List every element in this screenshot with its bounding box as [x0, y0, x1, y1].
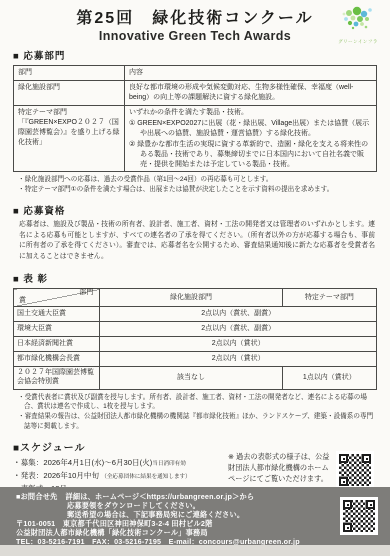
- contact-line1: 詳細は、ホームページ＜https://urbangreen.or.jp＞から: [65, 492, 254, 501]
- contact-address: 〒101-0051 東京都千代田区神田神保町3-2-4 田村ビル2階: [16, 519, 340, 528]
- dept-name-cell: 特定テーマ部門 「『GREEN×EXPO２０２７（国際園芸博覧会）』を盛り上げる…: [14, 105, 125, 172]
- dept-content-cell: 良好な都市環境の形成や気候変動対応、生物多様性確保、幸福度（well-being…: [125, 80, 377, 105]
- dept-condition-1: ① GREEN×EXPO2027に出展（花・緑出展、Village出展）または協…: [129, 119, 372, 139]
- contact-footer: ■お問合せ先詳細は、ホームページ＜https://urbangreen.or.j…: [0, 487, 390, 545]
- departments-header-row: 部門 内容: [14, 66, 377, 81]
- departments-notes: ・緑化施設部門への応募は、過去の受賞作品（第1回～24回）の再応募も可とします。…: [0, 175, 390, 195]
- award-name-cell: 環境大臣賞: [14, 322, 100, 337]
- dept-name-line1: 特定テーマ部門: [18, 108, 120, 118]
- header: 第25回 緑化技術コンクール Innovative Green Tech Awa…: [0, 0, 390, 43]
- award-value-cell: 2点以内（賞状、副賞）: [100, 307, 377, 322]
- document-page: 第25回 緑化技術コンクール Innovative Green Tech Awa…: [0, 0, 390, 556]
- awards-row: 都市緑化機構会長賞 2点以内（賞状）: [14, 352, 377, 367]
- schedule-item-text: ・募集：2026年4月1日(水)～6月30日(火): [13, 458, 152, 467]
- qr-modules: [339, 454, 371, 486]
- eligibility-paragraph: 応募者は、施設及び製品・技術の所有者、設計者、施工者、資材・工法の開発者又は管理…: [19, 220, 375, 262]
- award-value-cell: 2点以内（賞状、副賞）: [100, 322, 377, 337]
- award-name-cell: ２０２７年国際園芸博覧会協会特別賞: [14, 367, 100, 390]
- award-value-cell: 2点以内（賞状）: [100, 352, 377, 367]
- schedule-item: ・発表：2026年10月中旬 （全応募団体に結果を通知します）: [13, 470, 228, 483]
- awards-row: 国土交通大臣賞 2点以内（賞状、副賞）: [14, 307, 377, 322]
- contact-heading: ■お問合せ先: [16, 492, 57, 501]
- qr-finder-icon: [366, 500, 375, 509]
- schedule-item: ・募集：2026年4月1日(水)～6月30日(火)当日消印有効: [13, 457, 228, 470]
- logo-caption: グリーンインフラ: [335, 39, 381, 45]
- awards-col1-header: 緑化施設部門: [100, 289, 282, 307]
- contact-org: 公益財団法人都市緑化機構「緑化技術コンクール」事務局: [16, 528, 340, 537]
- greeninfra-logo-icon: グリーンインフラ: [335, 2, 381, 44]
- note-line: ・受賞代表者に賞状及び副賞を授与します。所有者、設計者、施工者、資材・工法の開発…: [24, 393, 376, 413]
- section-heading-departments: ■ 応募部門: [13, 48, 390, 62]
- awards-row: ２０２７年国際園芸博覧会協会特別賞 該当なし 1点以内（賞状）: [14, 367, 377, 390]
- section-heading-schedule: ■スケジュール: [13, 439, 228, 454]
- qr-finder-icon: [339, 477, 348, 486]
- contact-text: ■お問合せ先詳細は、ホームページ＜https://urbangreen.or.j…: [16, 492, 340, 546]
- schedule-qr-code-icon: [336, 451, 374, 489]
- award-name-cell: 都市緑化機構会長賞: [14, 352, 100, 367]
- dept-condition-2: ② 緑豊かな都市生活の実現に資する革新的で、造園・緑化を支える将来性のある製品・…: [129, 140, 372, 170]
- page-subtitle: Innovative Green Tech Awards: [0, 29, 390, 43]
- note-line: ・特定テーマ部門①の条件を満たす場合は、出展または協賛が決定したことを示す資料の…: [24, 185, 376, 195]
- contact-qr-code-icon: [340, 497, 378, 535]
- awards-notes: ・受賞代表者に賞状及び副賞を授与します。所有者、設計者、施工者、資材・工法の開発…: [0, 393, 390, 433]
- dept-name-cell: 緑化施設部門: [14, 80, 125, 105]
- corner-row-label: 賞: [19, 297, 26, 306]
- qr-finder-icon: [343, 500, 352, 509]
- page-title: 第25回 緑化技術コンクール: [0, 5, 390, 28]
- awards-row: 日本経済新聞社賞 2点以内（賞状）: [14, 337, 377, 352]
- dept-name-line2: 「『GREEN×EXPO２０２７（国際園芸博覧会）』を盛り上げる緑化技術」: [18, 118, 120, 148]
- schedule-item-smalltext: 当日消印有効: [152, 461, 186, 467]
- award-value-cell: 1点以内（賞状）: [282, 367, 376, 390]
- award-name-cell: 国土交通大臣賞: [14, 307, 100, 322]
- schedule-item-smalltext: （全応募団体に結果を通知します）: [101, 474, 191, 480]
- logo-dot-cluster-icon: [335, 2, 381, 36]
- note-line: ・緑化施設部門への応募は、過去の受賞作品（第1回～24回）の再応募も可とします。: [24, 175, 376, 185]
- qr-finder-icon: [339, 454, 348, 463]
- note-line: ・審査結果の報告は、公益財団法人都市緑化機構の機関誌『都市緑化技術』ほか、ランド…: [24, 412, 376, 432]
- departments-table: 部門 内容 緑化施設部門 良好な都市環境の形成や気候変動対応、生物多様性確保、幸…: [13, 65, 377, 172]
- awards-header-row: 賞 部門 緑化施設部門 特定テーマ部門: [14, 289, 377, 307]
- contact-line2: 応募要領をダウンロードしてください。: [67, 501, 340, 510]
- awards-col2-header: 特定テーマ部門: [282, 289, 376, 307]
- col-header-dept: 部門: [14, 66, 125, 81]
- awards-row: 環境大臣賞 2点以内（賞状、副賞）: [14, 322, 377, 337]
- award-value-cell: 2点以内（賞状）: [100, 337, 377, 352]
- table-row: 特定テーマ部門 「『GREEN×EXPO２０２７（国際園芸博覧会）』を盛り上げる…: [14, 105, 377, 172]
- section-heading-awards: ■ 表 彰: [13, 271, 390, 285]
- awards-corner-cell: 賞 部門: [14, 289, 100, 307]
- corner-col-label: 部門: [79, 289, 93, 298]
- contact-line3: 郵送希望の場合は、下記事務局宛にご連絡ください。: [67, 510, 340, 519]
- qr-finder-icon: [362, 454, 371, 463]
- scan-bottom-strip: [0, 545, 390, 556]
- award-value-cell: 該当なし: [100, 367, 282, 390]
- awards-table: 賞 部門 緑化施設部門 特定テーマ部門 国土交通大臣賞 2点以内（賞状、副賞） …: [13, 288, 377, 389]
- qr-finder-icon: [343, 523, 352, 532]
- dept-content-cell: いずれかの条件を満たす製品・技術。 ① GREEN×EXPO2027に出展（花・…: [125, 105, 377, 172]
- table-row: 緑化施設部門 良好な都市環境の形成や気候変動対応、生物多様性確保、幸福度（wel…: [14, 80, 377, 105]
- award-name-cell: 日本経済新聞社賞: [14, 337, 100, 352]
- dept-content-intro: いずれかの条件を満たす製品・技術。: [129, 108, 372, 118]
- qr-modules: [343, 500, 375, 532]
- section-heading-eligibility: ■ 応募資格: [13, 203, 390, 217]
- schedule-item-text: ・発表：2026年10月中旬: [13, 471, 99, 480]
- contact-heading-line: ■お問合せ先詳細は、ホームページ＜https://urbangreen.or.j…: [16, 492, 340, 501]
- col-header-content: 内容: [125, 66, 377, 81]
